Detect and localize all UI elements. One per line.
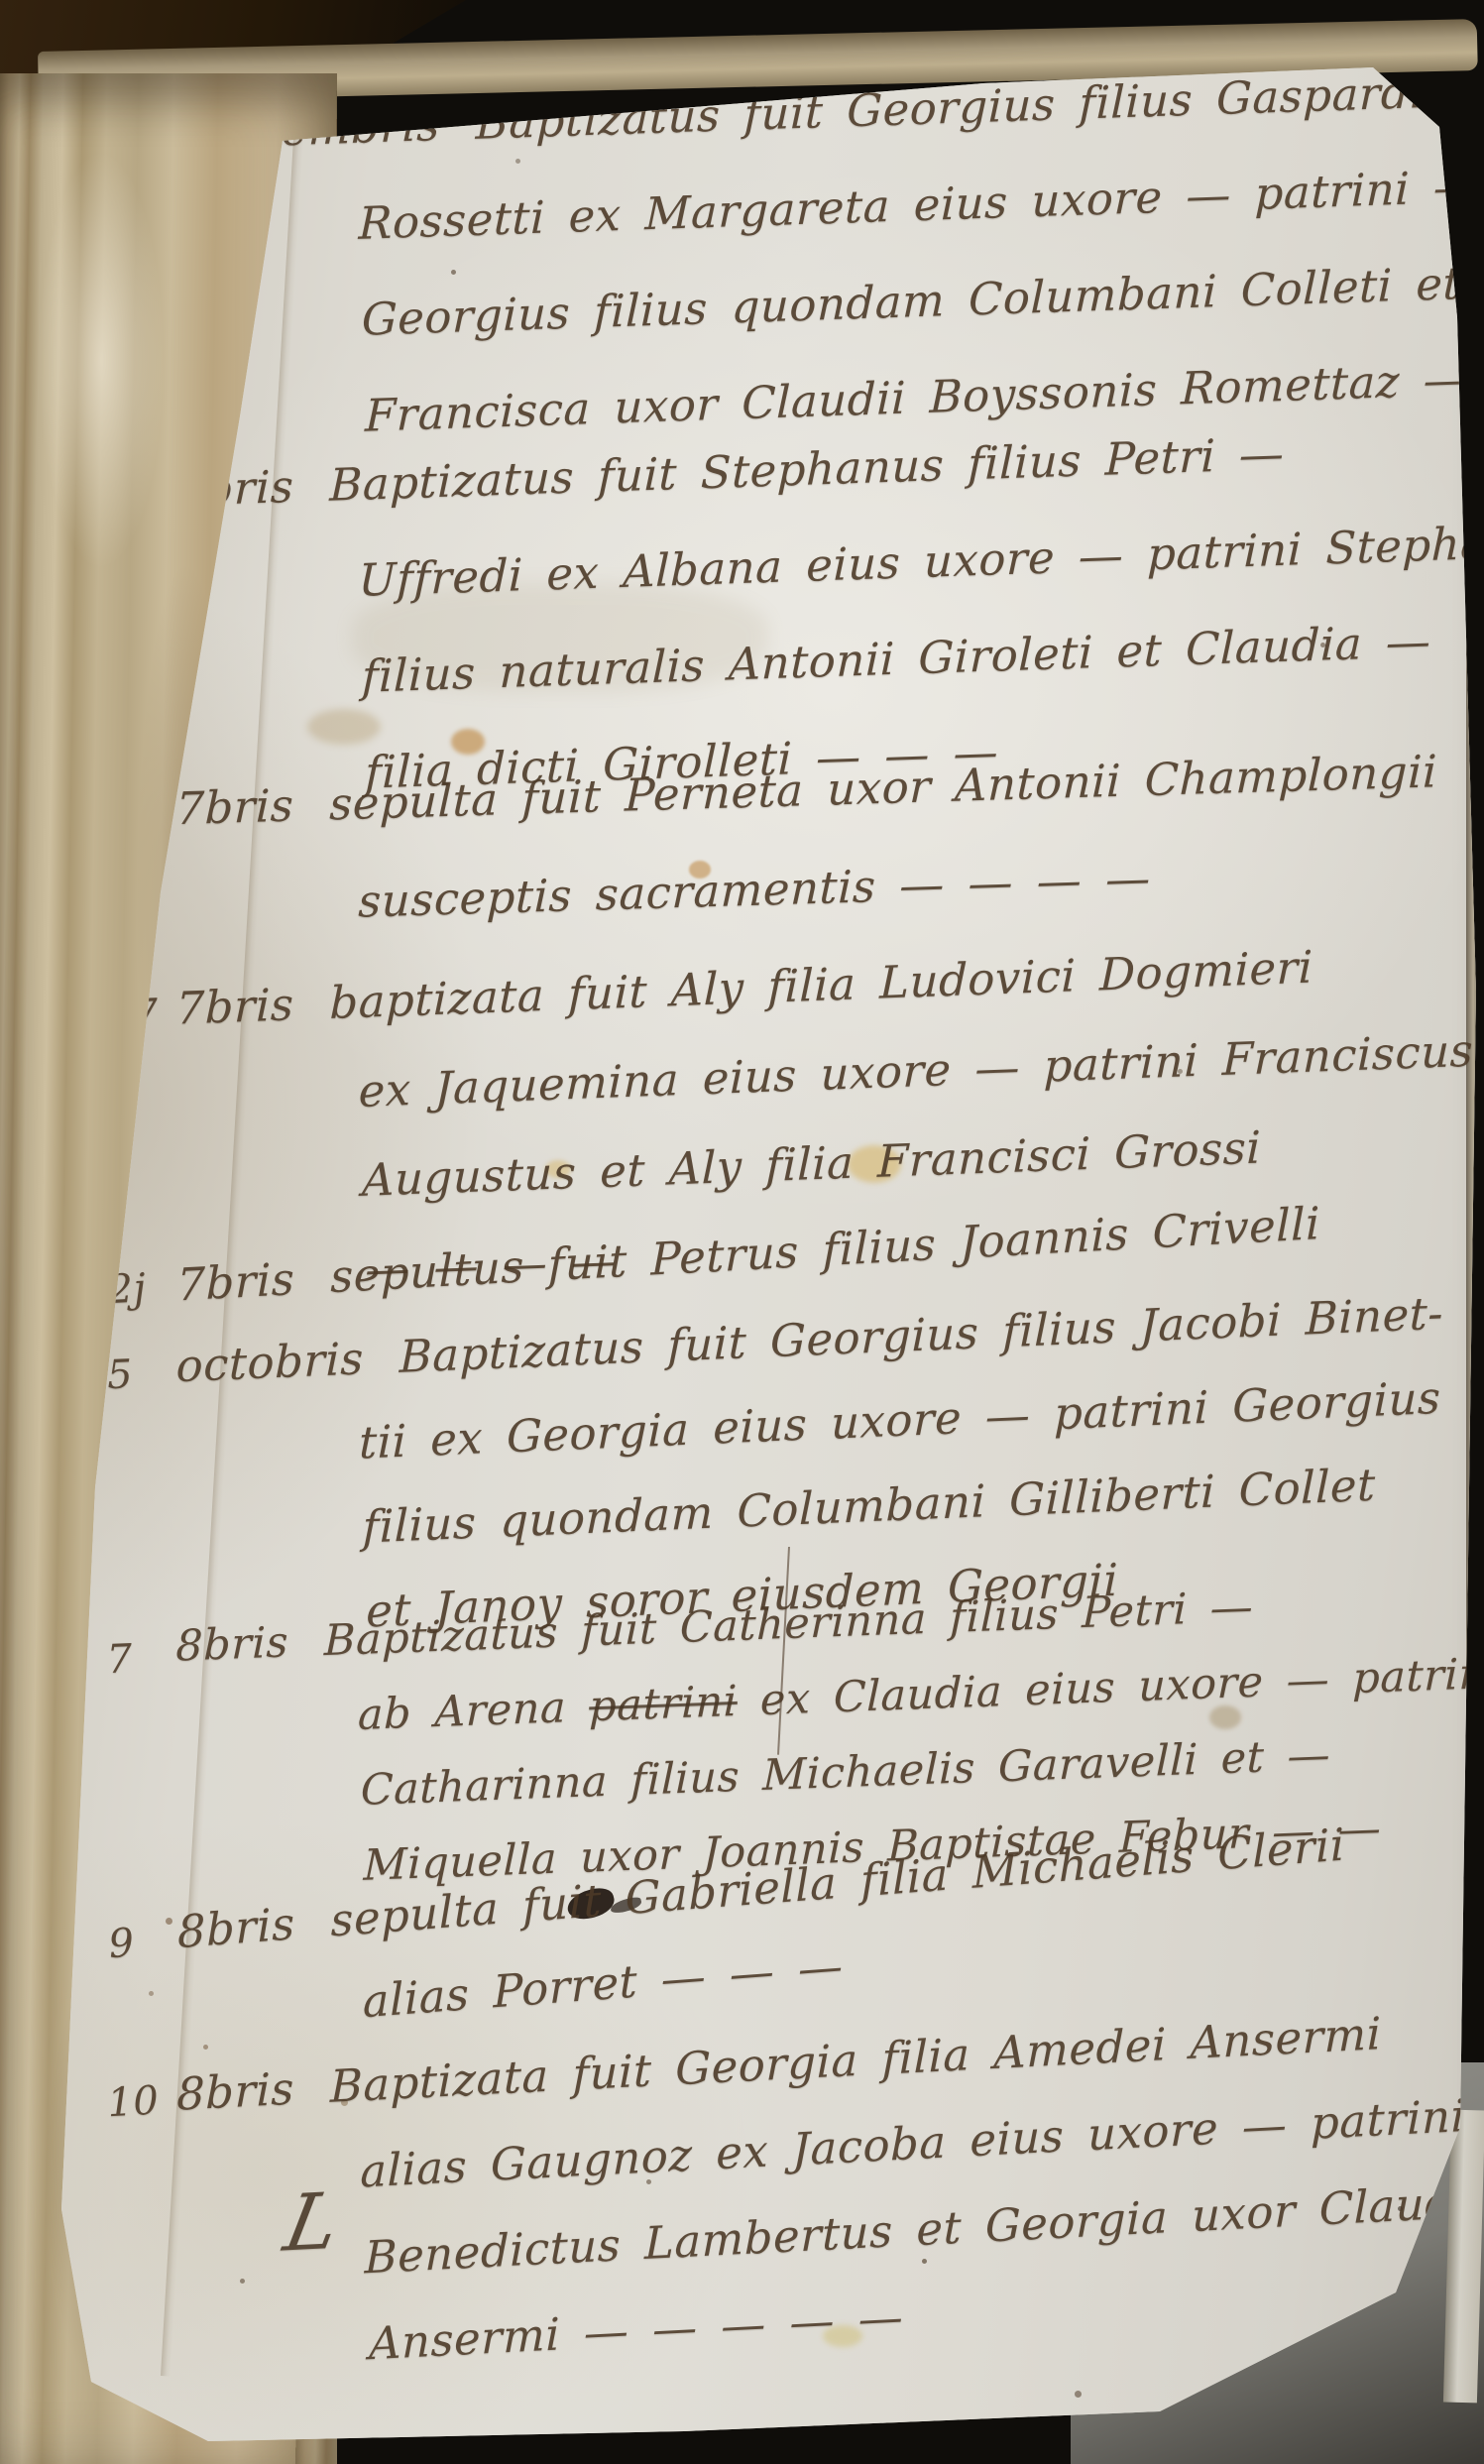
entry-month: 8bris [176,2062,294,2121]
entry-month: octobris [175,1332,364,1392]
strikethrough-text: patrini [589,1677,738,1732]
entry-month: 8bris [175,1617,288,1671]
photo-frame: + 2SeptembrisBaptizatus fuit Georgius fi… [0,0,1484,2464]
entry-month: 7bris [176,1252,294,1312]
entry-month: 8bris [176,1897,295,1958]
entry-month: 7bris [175,779,294,836]
register-entry: 267brissepulta fuit Perneta uxor Antonii… [111,721,1476,958]
entry-month: 7bris [175,978,294,1034]
register-entry: 108brisBaptizata fuit Georgia filia Amed… [111,1986,1484,2400]
